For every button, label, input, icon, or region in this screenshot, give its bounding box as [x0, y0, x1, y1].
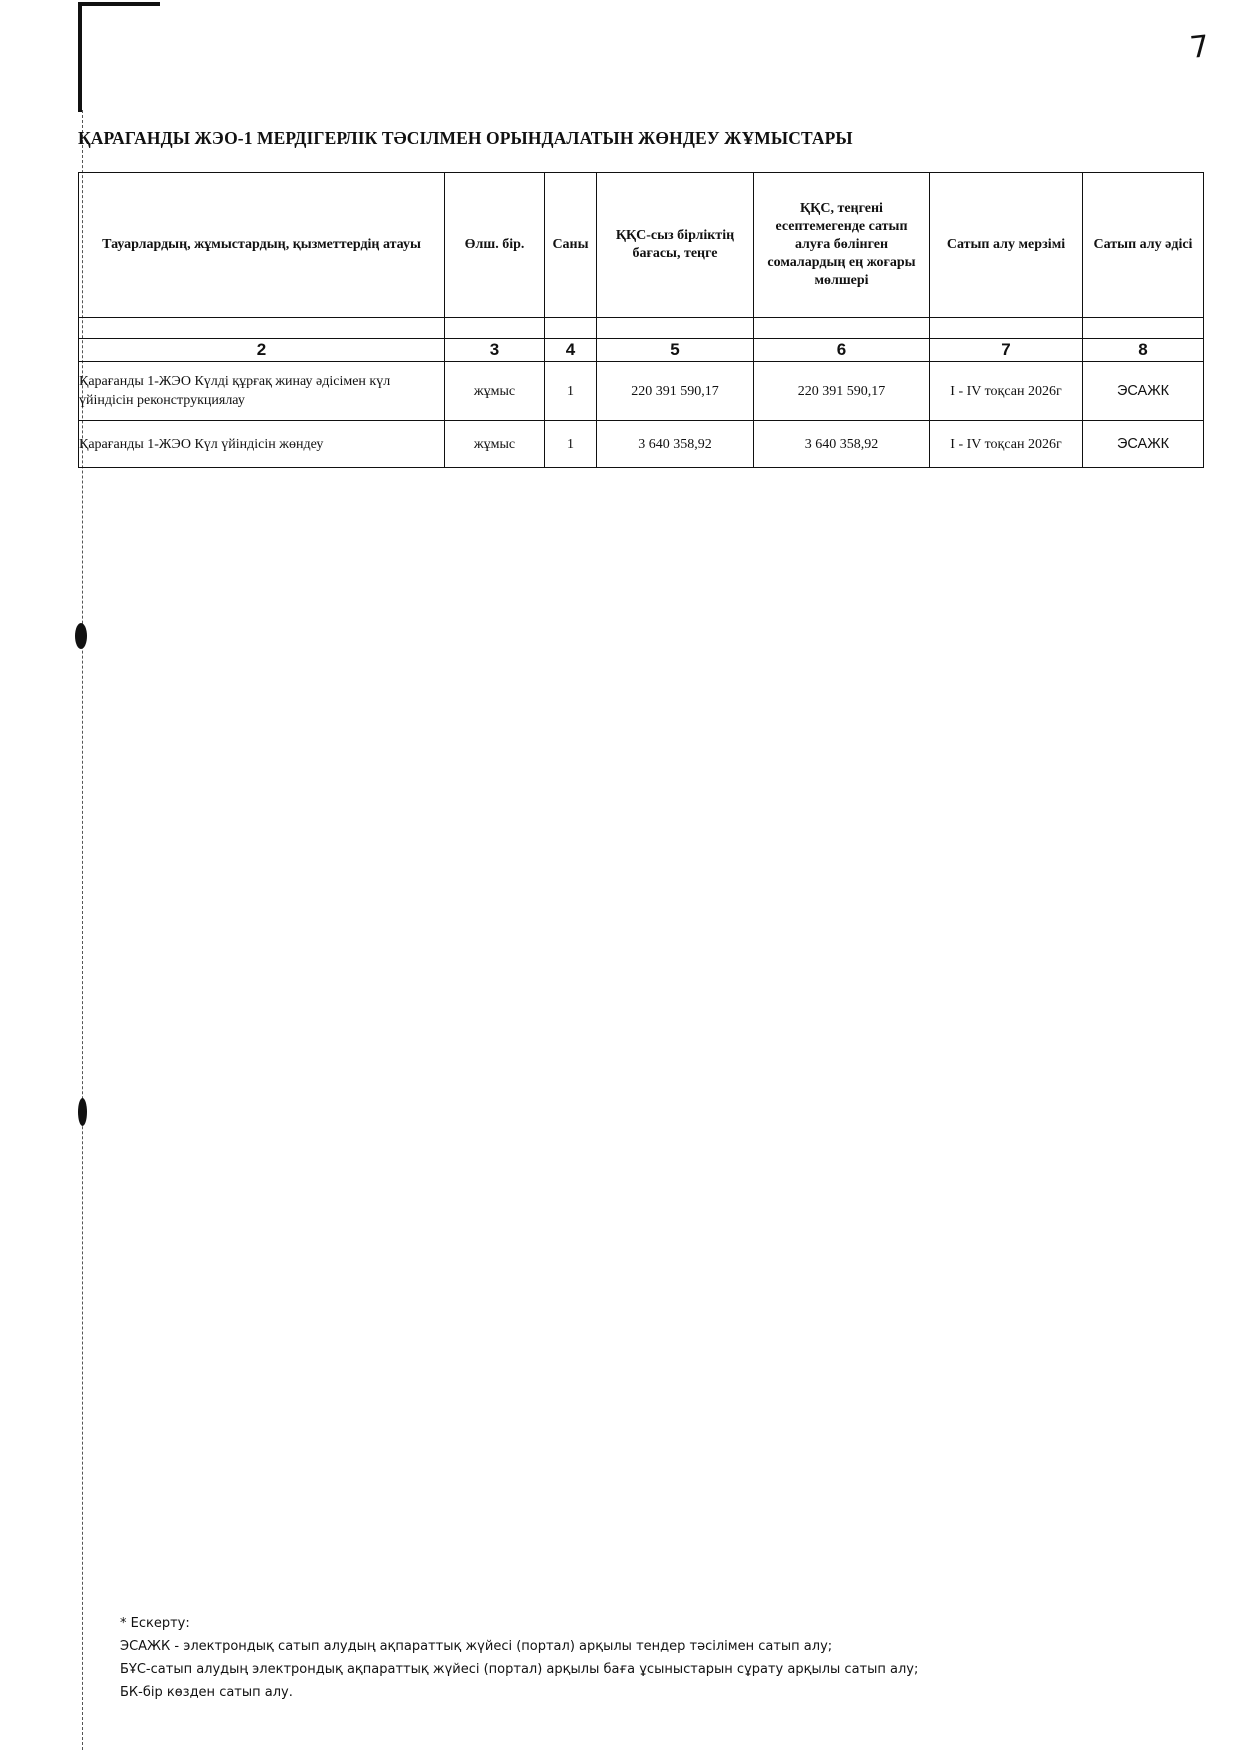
table-row: Қарағанды 1-ЖЭО Күлді құрғақ жинау әдісі…: [79, 362, 1204, 421]
footnote-line: БК-бір көзден сатып алу.: [120, 1681, 918, 1704]
purchase-method: ЭСАЖК: [1083, 362, 1204, 421]
quantity: 1: [545, 362, 597, 421]
spacer-cell: [545, 318, 597, 339]
column-number: 2: [79, 339, 445, 362]
purchase-method: ЭСАЖК: [1083, 421, 1204, 468]
header-period: Сатып алу мерзімі: [930, 173, 1083, 318]
unit-price: 3 640 358,92: [597, 421, 754, 468]
document-title: ҚАРАГАНДЫ ЖЭО-1 МЕРДІГЕРЛІК ТӘСІЛМЕН ОРЫ…: [78, 128, 853, 149]
purchase-period: I - IV тоқсан 2026г: [930, 421, 1083, 468]
handwritten-page-number: 7: [1188, 29, 1211, 66]
column-number: 8: [1083, 339, 1204, 362]
footnote-line: БҰС-сатып алудың электрондық ақпараттық …: [120, 1658, 918, 1681]
column-number-row: 2 3 4 5 6 7 8: [79, 339, 1204, 362]
table-spacer-row: [79, 318, 1204, 339]
unit: жұмыс: [445, 421, 545, 468]
repair-works-table: Тауарлардың, жұмыстардың, қызметтердің а…: [78, 172, 1204, 468]
column-number: 7: [930, 339, 1083, 362]
max-amount: 220 391 590,17: [754, 362, 930, 421]
scan-page-edge: [78, 2, 160, 6]
header-unit-price: ҚҚС-сыз бірліктің бағасы, теңге: [597, 173, 754, 318]
work-name: Қарағанды 1-ЖЭО Күлді құрғақ жинау әдісі…: [79, 362, 445, 421]
column-number: 4: [545, 339, 597, 362]
spacer-cell: [445, 318, 545, 339]
purchase-period: I - IV тоқсан 2026г: [930, 362, 1083, 421]
footnote-line: ЭСАЖК - электрондық сатып алудың ақпарат…: [120, 1635, 918, 1658]
spacer-cell: [79, 318, 445, 339]
footnote: * Ескерту: ЭСАЖК - электрондық сатып алу…: [120, 1612, 918, 1704]
table-header-row: Тауарлардың, жұмыстардың, қызметтердің а…: [79, 173, 1204, 318]
header-max-amount: ҚҚС, теңгені есептемегенде сатып алуға б…: [754, 173, 930, 318]
binding-hole-mark: [78, 1098, 87, 1126]
column-number: 6: [754, 339, 930, 362]
scan-page-edge: [78, 2, 82, 112]
spacer-cell: [754, 318, 930, 339]
header-unit: Өлш. бір.: [445, 173, 545, 318]
footnote-heading: * Ескерту:: [120, 1612, 918, 1635]
unit: жұмыс: [445, 362, 545, 421]
table-row: Қарағанды 1-ЖЭО Күл үйіндісін жөндеу жұм…: [79, 421, 1204, 468]
spacer-cell: [597, 318, 754, 339]
unit-price: 220 391 590,17: [597, 362, 754, 421]
spacer-cell: [930, 318, 1083, 339]
spacer-cell: [1083, 318, 1204, 339]
binding-hole-mark: [75, 623, 87, 649]
max-amount: 3 640 358,92: [754, 421, 930, 468]
header-name: Тауарлардың, жұмыстардың, қызметтердің а…: [79, 173, 445, 318]
column-number: 3: [445, 339, 545, 362]
header-quantity: Саны: [545, 173, 597, 318]
column-number: 5: [597, 339, 754, 362]
header-method: Сатып алу әдісі: [1083, 173, 1204, 318]
work-name: Қарағанды 1-ЖЭО Күл үйіндісін жөндеу: [79, 421, 445, 468]
quantity: 1: [545, 421, 597, 468]
